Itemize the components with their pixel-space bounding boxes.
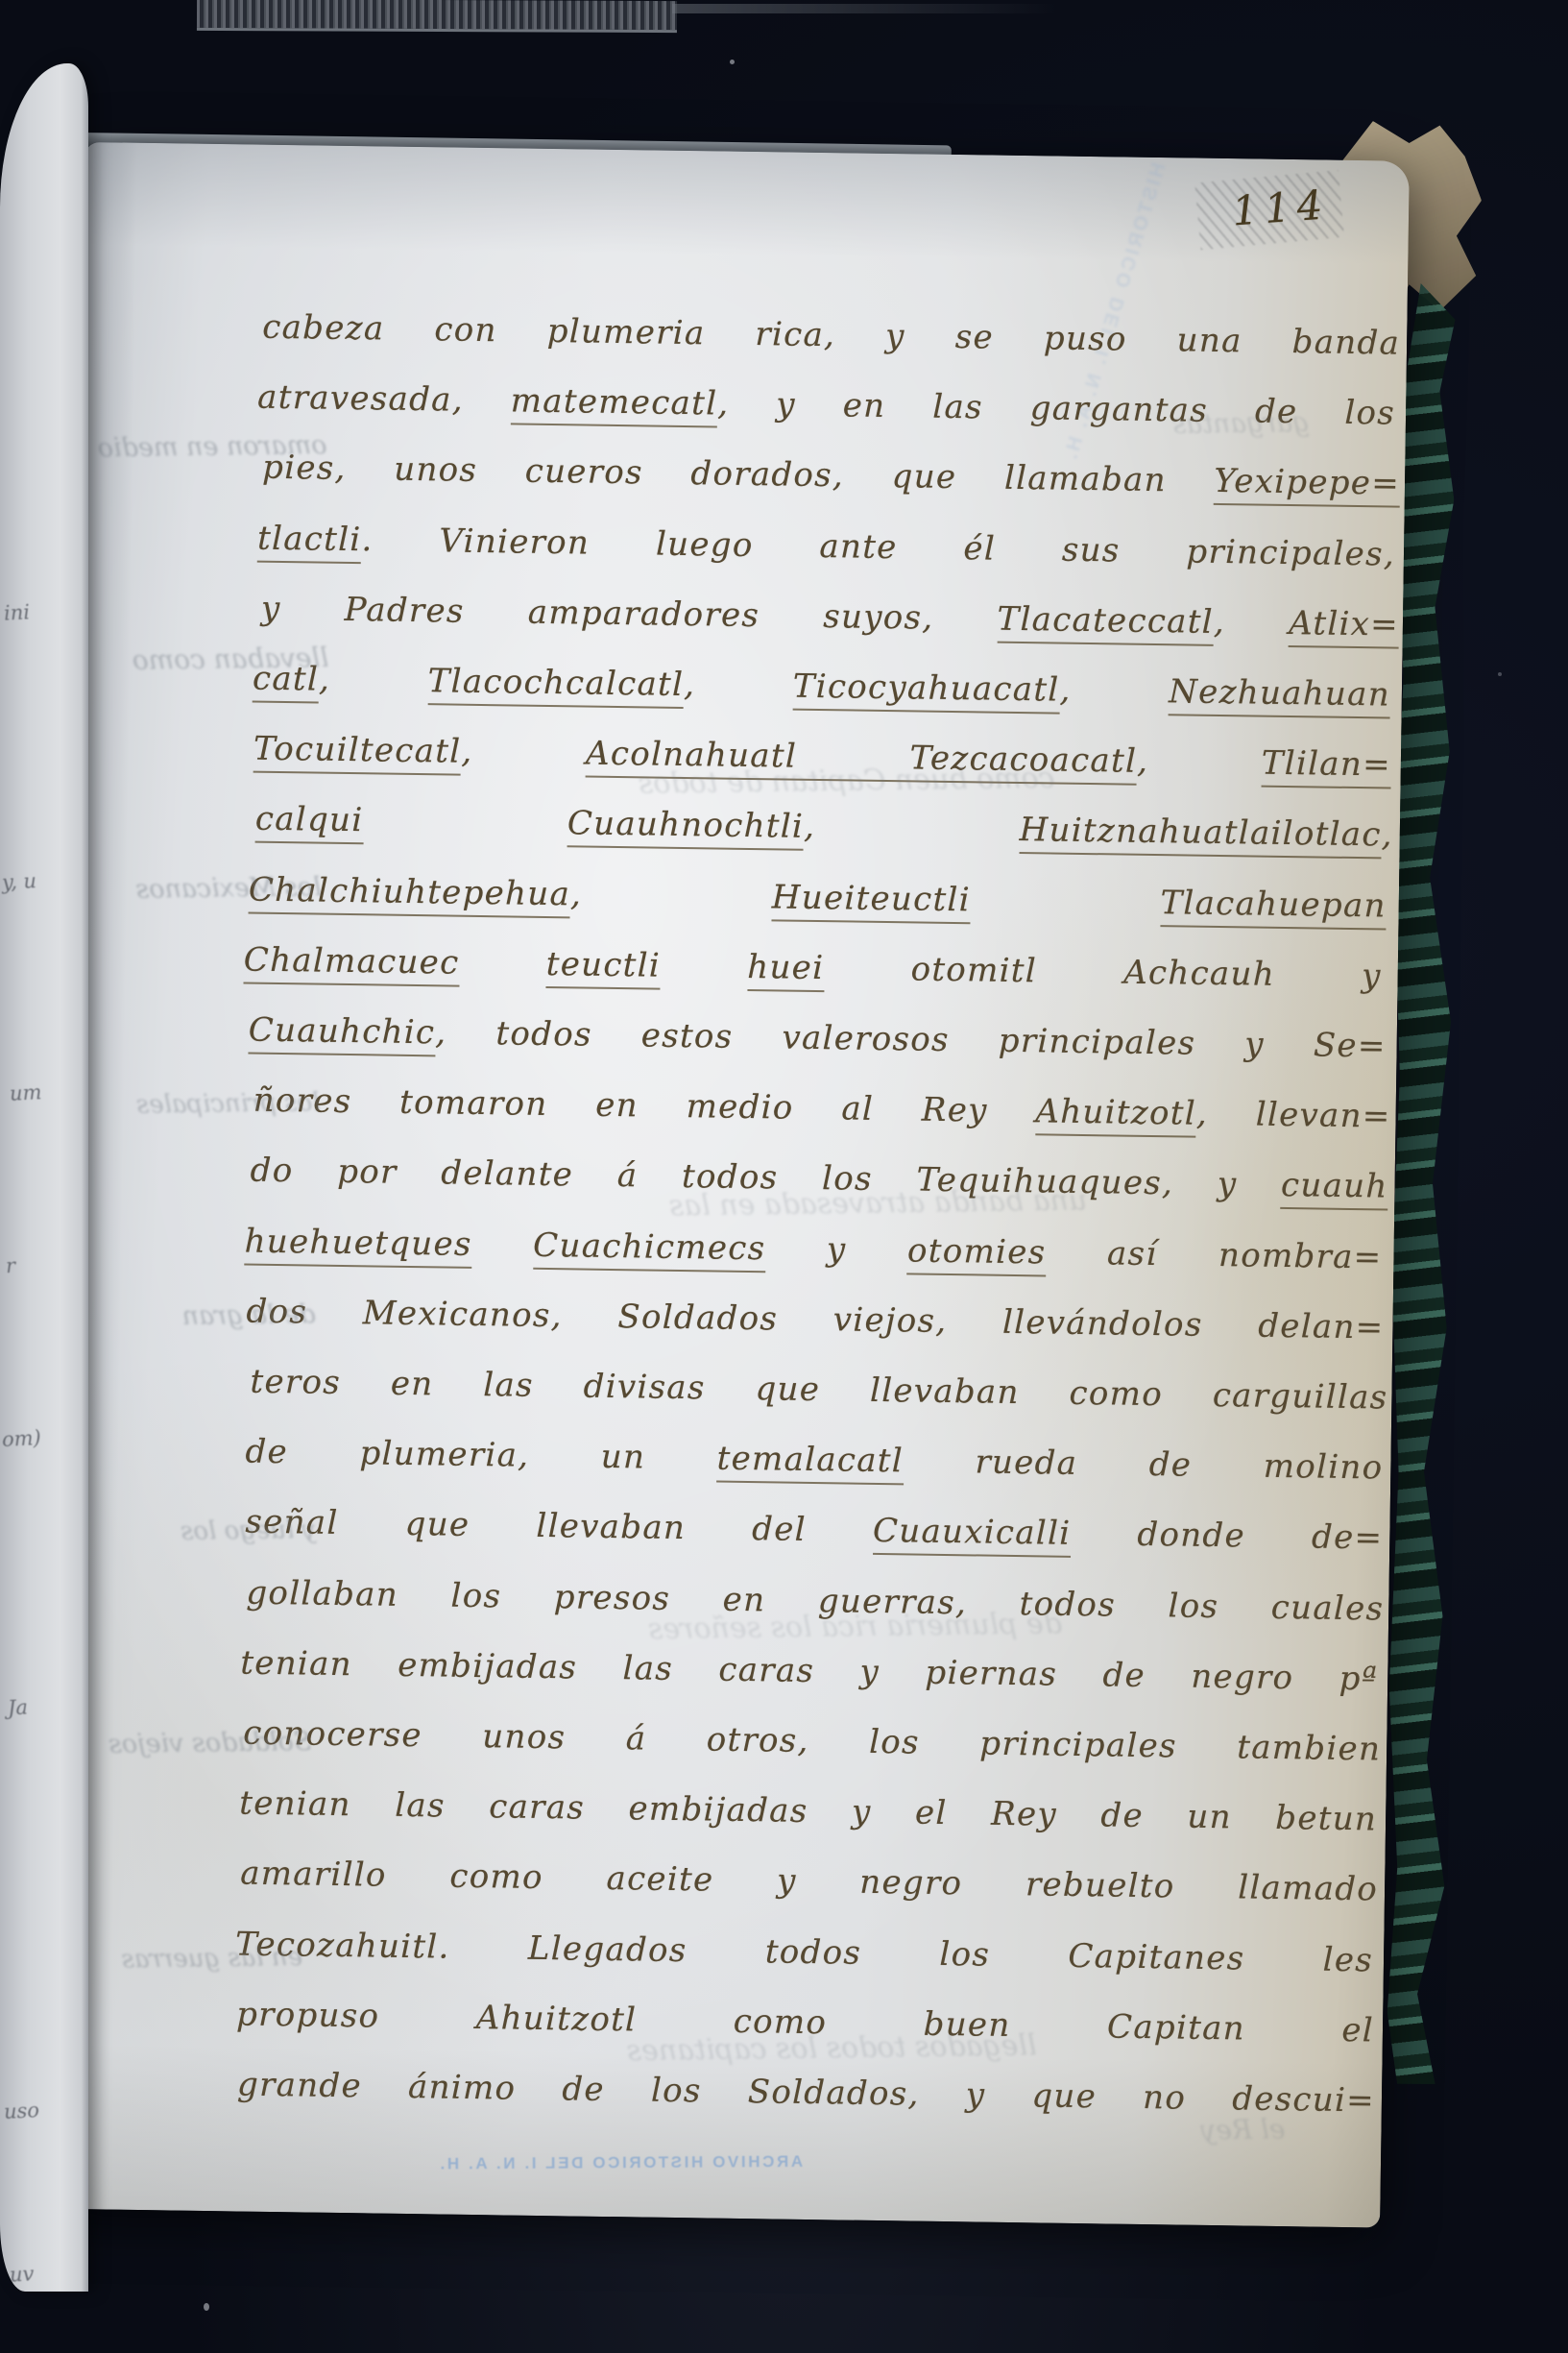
manuscript-line: tlactli. Vinieron luego ante él sus prin… — [257, 521, 1396, 587]
manuscript-line: Cuauhchic, todos estos valerosos princip… — [248, 1013, 1387, 1079]
underlined-term: huehuetques — [244, 1222, 472, 1268]
underlined-term: otomies — [907, 1231, 1047, 1276]
manuscript-line: catl, Tlacochcalcatl, Ticocyahuacatl, Ne… — [253, 662, 1391, 728]
bleed-through-fragment: omaron en medio — [82, 430, 326, 463]
underlined-term: Tlilan= — [1261, 744, 1391, 789]
manuscript-line: ñores tomaron en medio al Rey Ahuitzotl,… — [253, 1083, 1391, 1150]
underlined-term: Atlix= — [1289, 604, 1399, 649]
edge-text-fragment: y, u — [1, 869, 36, 894]
underlined-term: tlactli — [257, 519, 362, 564]
manuscript-line: pies, unos cueros dorados, que llamaban … — [262, 450, 1401, 517]
underlined-term: Ahuitzotl — [1035, 1092, 1196, 1137]
dust-speck — [1498, 672, 1502, 676]
manuscript-line: calqui Cuauhnochtli, Huitznahuatlailotla… — [254, 802, 1393, 868]
underlined-term: Tlacahuepan — [1160, 884, 1387, 930]
edge-text-fragment: om) — [1, 1426, 41, 1451]
previous-page-edge: iniy, uumrom)Jausouv — [0, 63, 88, 2292]
underlined-term: Cuauhchic — [248, 1011, 435, 1057]
manuscript-line: conocerse unos á otros, los principales … — [243, 1716, 1382, 1783]
underlined-term: Hueiteuctli — [771, 878, 971, 924]
manuscript-line: señal que llevaban del Cuauxicalli donde… — [245, 1505, 1384, 1571]
bleed-through-fragment: gargantas — [945, 406, 1310, 443]
edge-text-fragment: r — [5, 1254, 15, 1277]
edge-text-fragment: Ja — [7, 1695, 28, 1719]
book-top-edge-fade — [672, 4, 1056, 13]
manuscript-line: y Padres amparadores suyos, Tlacateccatl… — [261, 591, 1400, 657]
bleed-through-fragment: los principales — [72, 1088, 320, 1121]
underlined-term: Chalmacuec — [243, 940, 459, 986]
dust-speck — [730, 60, 735, 64]
page-number: 114 — [1230, 181, 1330, 234]
manuscript-page: 114 ARCHIVO HISTORICO DEL I. N. A. H. ca… — [55, 142, 1410, 2228]
underlined-term: Cuachicmecs — [533, 1225, 766, 1272]
manuscript-line: huehuetques Cuachicmecs y otomies así no… — [244, 1224, 1383, 1290]
edge-text-fragment: uv — [9, 2262, 35, 2286]
bleed-through-fragment: Soldados viejos — [65, 1727, 311, 1759]
manuscript-line: tenian las caras embijadas y el Rey de u… — [239, 1786, 1378, 1853]
manuscript-line: de plumeria, un temalacatl rueda de moli… — [245, 1435, 1384, 1501]
underlined-term: calqui — [255, 800, 364, 845]
bleed-through-fragment: el Rey — [881, 2113, 1285, 2150]
underlined-term: Cuauhnochtli — [567, 805, 804, 852]
dust-speck — [204, 2303, 209, 2311]
underlined-term: matemecatl — [510, 382, 717, 428]
manuscript-line: amarillo como aceite y negro rebuelto ll… — [240, 1856, 1379, 1923]
underlined-term: Huitznahuatlailotlac — [1019, 811, 1382, 859]
underlined-term: Nezhuahuan — [1169, 672, 1390, 718]
edge-text-fragment: uso — [3, 2098, 39, 2123]
manuscript-line: tenian embijadas las caras y piernas de … — [240, 1645, 1379, 1711]
book-top-edge-texture — [197, 0, 677, 33]
manuscript-line: cabeza con plumeria rica, y se puso una … — [262, 310, 1401, 376]
underlined-term: huei — [747, 948, 825, 992]
bleed-through-fragment: de la gran — [75, 1299, 315, 1332]
manuscript-line: Chalmacuec teuctli huei otomitl Achcauh … — [243, 942, 1382, 1008]
underlined-term: Tlacateccatl — [997, 599, 1214, 645]
underlined-term: temalacatl — [716, 1440, 904, 1486]
underlined-term: cuauh — [1281, 1166, 1388, 1211]
underlined-term: Tlacochcalcatl — [427, 662, 684, 709]
manuscript-line: teros en las divisas que llevaban como c… — [250, 1365, 1388, 1431]
archive-stamp: ARCHIVO HISTORICO DEL I. N. A. H. — [438, 2152, 803, 2174]
manuscript-line: Chalchiuhtepehua, Hueiteuctli Tlacahuepa… — [248, 872, 1387, 938]
underlined-term: Yexipepe= — [1214, 462, 1400, 508]
underlined-term: Cuauxicalli — [873, 1512, 1072, 1558]
edge-text-fragment: um — [9, 1080, 42, 1105]
edge-text-fragment: ini — [3, 600, 30, 624]
bleed-through-fragment: llevaban como — [77, 642, 328, 677]
underlined-term: teuctli — [545, 945, 661, 990]
photograph: 114 ARCHIVO HISTORICO DEL I. N. A. H. ca… — [0, 0, 1568, 2353]
manuscript-line: Tecozahuitl. Llegados todos los Capitane… — [235, 1927, 1374, 1993]
bleed-through-fragment: los Mexicanos — [80, 872, 322, 905]
bleed-through-fragment: y luego los — [64, 1516, 316, 1548]
underlined-term: Ticocyahuacatl — [792, 667, 1059, 715]
bleed-through-fragment: en las guerras — [60, 1943, 302, 1975]
manuscript-line: dos Mexicanos, Soldados viejos, llevándo… — [246, 1294, 1385, 1360]
